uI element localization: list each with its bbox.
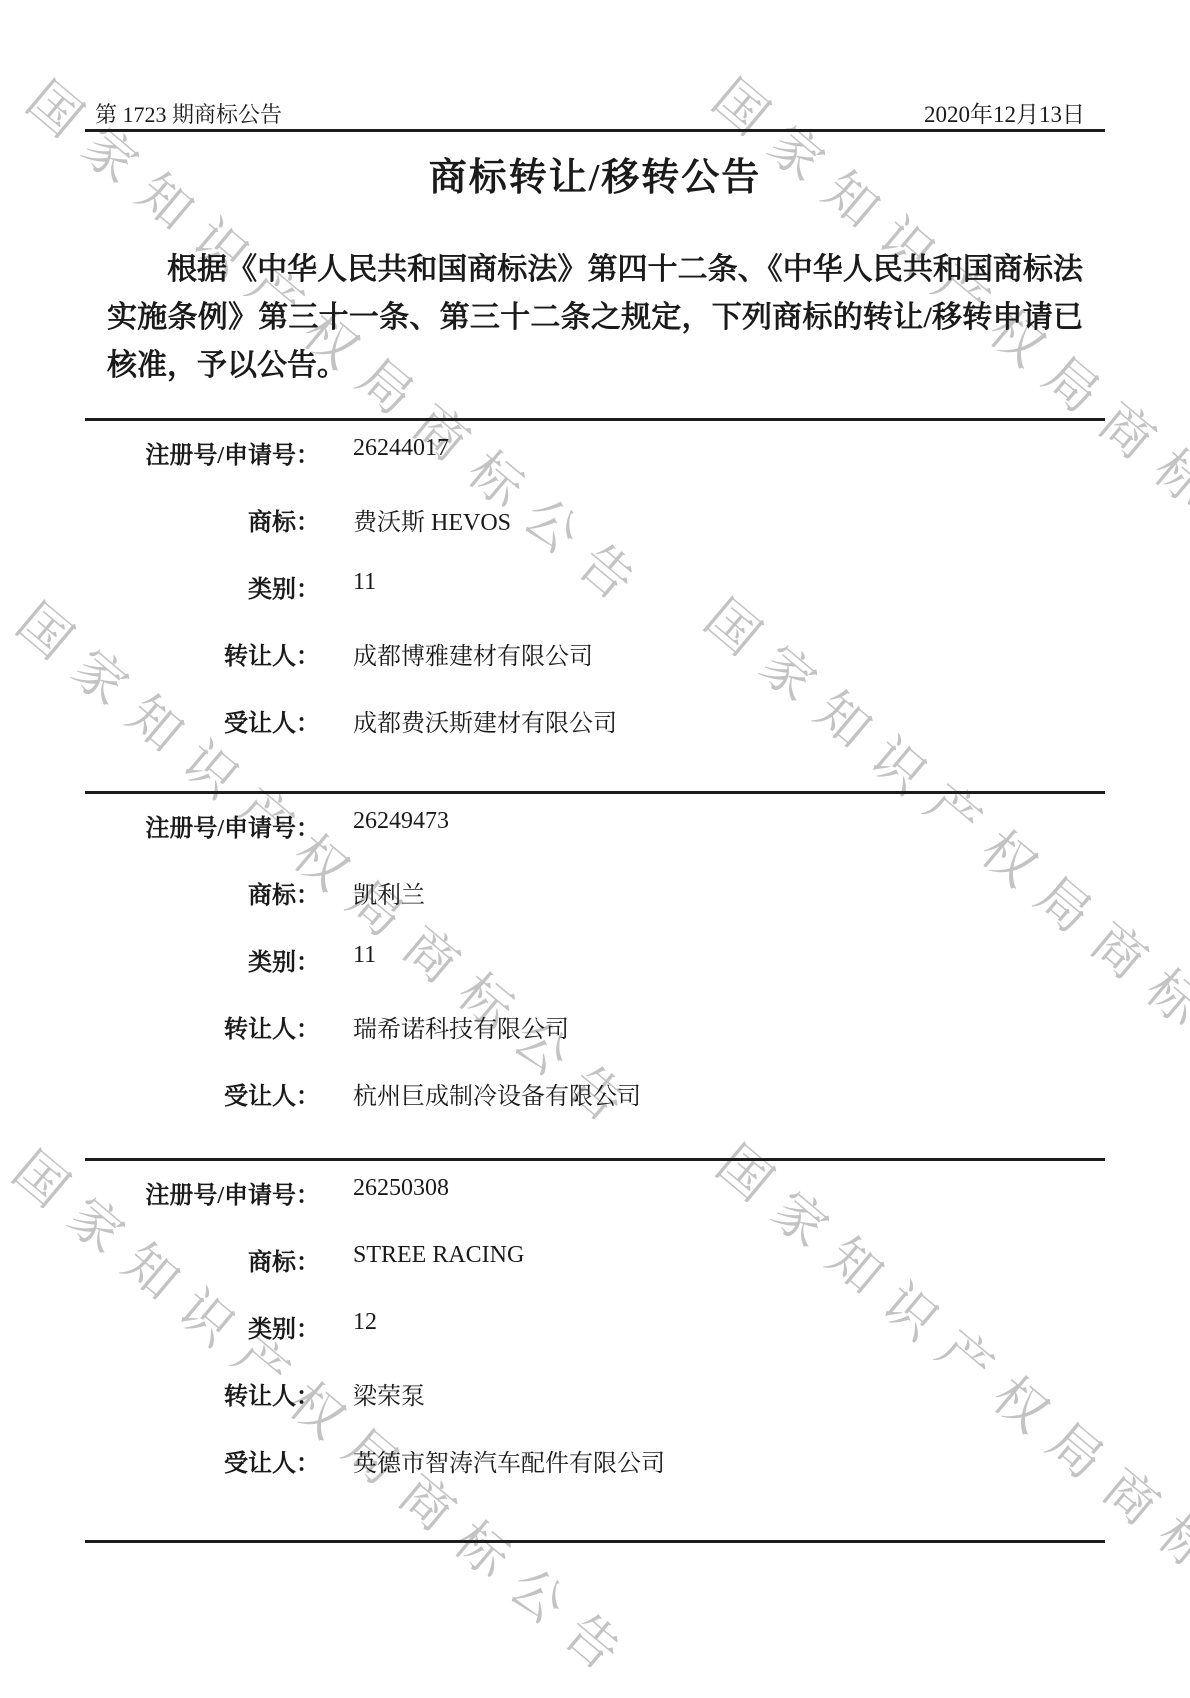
field-row-assignee: 受让人： 杭州巨成制冷设备有限公司 [0,1076,1190,1106]
field-row-reg-no: 注册号/申请号： 26244017 [0,435,1190,465]
assignor-label: 转让人： [0,1376,320,1411]
intro-line: 核准，予以公告。 [107,348,1083,384]
gazette-date: 2020年12月13日 [924,96,1085,129]
record-separator [85,1158,1105,1161]
field-row-assignor: 转让人： 瑞希诺科技有限公司 [0,1009,1190,1039]
field-row-assignor: 转让人： 梁荣泵 [0,1376,1190,1406]
field-row-class: 类别： 11 [0,942,1190,972]
trademark-label: 商标： [0,875,320,910]
reg-no-value: 26249473 [353,808,449,835]
class-value: 11 [353,942,376,969]
field-row-trademark: 商标： STREE RACING [0,1242,1190,1272]
assignor-value: 成都博雅建材有限公司 [353,636,593,671]
trademark-value: STREE RACING [353,1242,524,1269]
trademark-label: 商标： [0,1242,320,1277]
intro-line: 实施条例》第三十一条、第三十二条之规定，下列商标的转让/移转申请已 [107,300,1083,336]
assignor-label: 转让人： [0,1009,320,1044]
assignor-value: 瑞希诺科技有限公司 [353,1009,569,1044]
page-title: 商标转让/移转公告 [85,146,1105,201]
gazette-issue-label: 第 1723 期商标公告 [95,98,282,129]
assignor-label: 转让人： [0,636,320,671]
reg-no-label: 注册号/申请号： [0,808,320,843]
class-value: 11 [353,569,376,596]
class-label: 类别： [0,1309,320,1344]
field-row-reg-no: 注册号/申请号： 26249473 [0,808,1190,838]
watermark: 国家知识产权局商标公告 [704,1124,1190,1691]
gazette-page: 国家知识产权局商标公告 国家知识产权局商标公告 国家知识产权局商标公告 国家知识… [0,0,1190,1698]
assignee-label: 受让人： [0,1443,320,1478]
class-label: 类别： [0,569,320,604]
record-separator [85,791,1105,794]
assignee-label: 受让人： [0,1076,320,1111]
reg-no-value: 26244017 [353,435,449,462]
reg-no-label: 注册号/申请号： [0,1175,320,1210]
intro-line: 根据《中华人民共和国商标法》第四十二条、《中华人民共和国商标法 [107,252,1083,288]
assignee-value: 杭州巨成制冷设备有限公司 [353,1076,641,1111]
record-separator [85,418,1105,421]
field-row-assignee: 受让人： 英德市智涛汽车配件有限公司 [0,1443,1190,1473]
field-row-trademark: 商标： 凯利兰 [0,875,1190,905]
field-row-reg-no: 注册号/申请号： 26250308 [0,1175,1190,1205]
header-rule [85,129,1105,132]
assignee-value: 英德市智涛汽车配件有限公司 [353,1443,665,1478]
class-label: 类别： [0,942,320,977]
field-row-assignor: 转让人： 成都博雅建材有限公司 [0,636,1190,666]
watermark: 国家知识产权局商标公告 [0,1130,655,1697]
trademark-label: 商标： [0,502,320,537]
assignor-value: 梁荣泵 [353,1376,425,1411]
field-row-trademark: 商标： 费沃斯 HEVOS [0,502,1190,532]
field-row-class: 类别： 12 [0,1309,1190,1339]
closing-separator [85,1540,1105,1543]
class-value: 12 [353,1309,377,1336]
watermark: 国家知识产权局商标公告 [700,58,1190,625]
trademark-value: 费沃斯 HEVOS [353,502,511,537]
field-row-assignee: 受让人： 成都费沃斯建材有限公司 [0,703,1190,733]
assignee-value: 成都费沃斯建材有限公司 [353,703,617,738]
field-row-class: 类别： 11 [0,569,1190,599]
trademark-value: 凯利兰 [353,875,425,910]
assignee-label: 受让人： [0,703,320,738]
reg-no-label: 注册号/申请号： [0,435,320,470]
reg-no-value: 26250308 [353,1175,449,1202]
watermark: 国家知识产权局商标公告 [14,60,669,627]
